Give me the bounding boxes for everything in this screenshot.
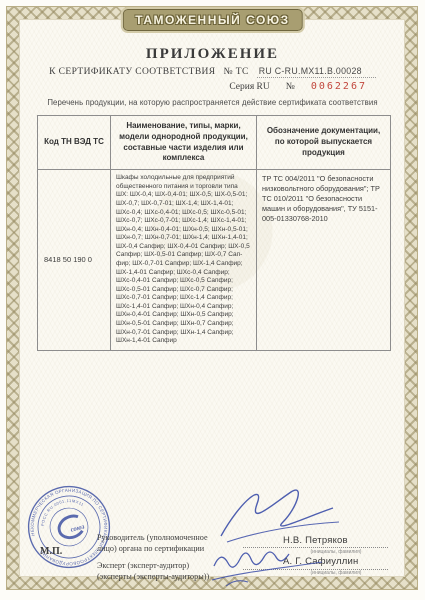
expert-label-line2: (эксперты (эксперты-аудиторы)) <box>97 571 209 582</box>
certificate-number-row: К СЕРТИФИКАТУ СООТВЕТСТВИЯ № ТС RU C-RU.… <box>0 66 425 78</box>
product-list-caption: Перечень продукции, на которую распростр… <box>0 98 425 107</box>
head-name-caption: (инициалы, фамилия) <box>283 549 389 555</box>
table-header-row: Код ТН ВЭД ТС Наименование, типы, марки,… <box>38 116 391 170</box>
table-row: 8418 50 190 0 Шкафы холодильные для пред… <box>38 170 391 351</box>
expert-label-line1: Эксперт (эксперт-аудитор) <box>97 560 209 571</box>
expert-signature-label: Эксперт (эксперт-аудитор) (эксперты (экс… <box>97 560 209 582</box>
head-signature-label: Руководитель (уполномоченное лицо) орган… <box>97 532 208 554</box>
col-header-code: Код ТН ВЭД ТС <box>38 116 111 170</box>
documentation-list: ТР ТС 004/2011 "О безопасности низковоль… <box>257 170 391 351</box>
series-number-sign: № <box>286 82 295 92</box>
certificate-number: RU C-RU.MX11.B.00028 <box>257 66 376 78</box>
series-label: Серия RU <box>229 82 269 92</box>
series-row: Серия RU № 0062267 <box>0 81 367 92</box>
product-table: Код ТН ВЭД ТС Наименование, типы, марки,… <box>37 115 391 351</box>
expert-name: А. Г. Сафиуллин <box>283 556 389 567</box>
certificate-subtitle: К СЕРТИФИКАТУ СООТВЕТСТВИЯ <box>49 67 215 77</box>
head-name: Н.В. Петряков <box>283 535 389 546</box>
customs-union-badge: ТАМОЖЕННЫЙ СОЮЗ <box>122 9 302 31</box>
certificate-number-prefix: № ТС <box>224 67 249 77</box>
head-signature-line <box>243 546 388 548</box>
col-header-docs: Обозначение документации, по которой вып… <box>257 116 391 170</box>
head-label-line1: Руководитель (уполномоченное <box>97 532 208 543</box>
stamp-place-label: М.П. <box>40 546 62 557</box>
certificate-page: ТАМОЖЕННЫЙ СОЮЗ ПРИЛОЖЕНИЕ К СЕРТИФИКАТУ… <box>0 0 425 600</box>
expert-name-caption: (инициалы, фамилия) <box>283 570 389 576</box>
head-label-line2: лицо) органа по сертификации <box>97 543 208 554</box>
product-models-list: Шкафы холодильные для предприятий общест… <box>111 170 257 351</box>
col-header-products: Наименование, типы, марки, модели одноро… <box>111 116 257 170</box>
series-number: 0062267 <box>311 81 367 92</box>
page-title: ПРИЛОЖЕНИЕ <box>0 46 425 63</box>
tnved-code: 8418 50 190 0 <box>38 170 111 351</box>
